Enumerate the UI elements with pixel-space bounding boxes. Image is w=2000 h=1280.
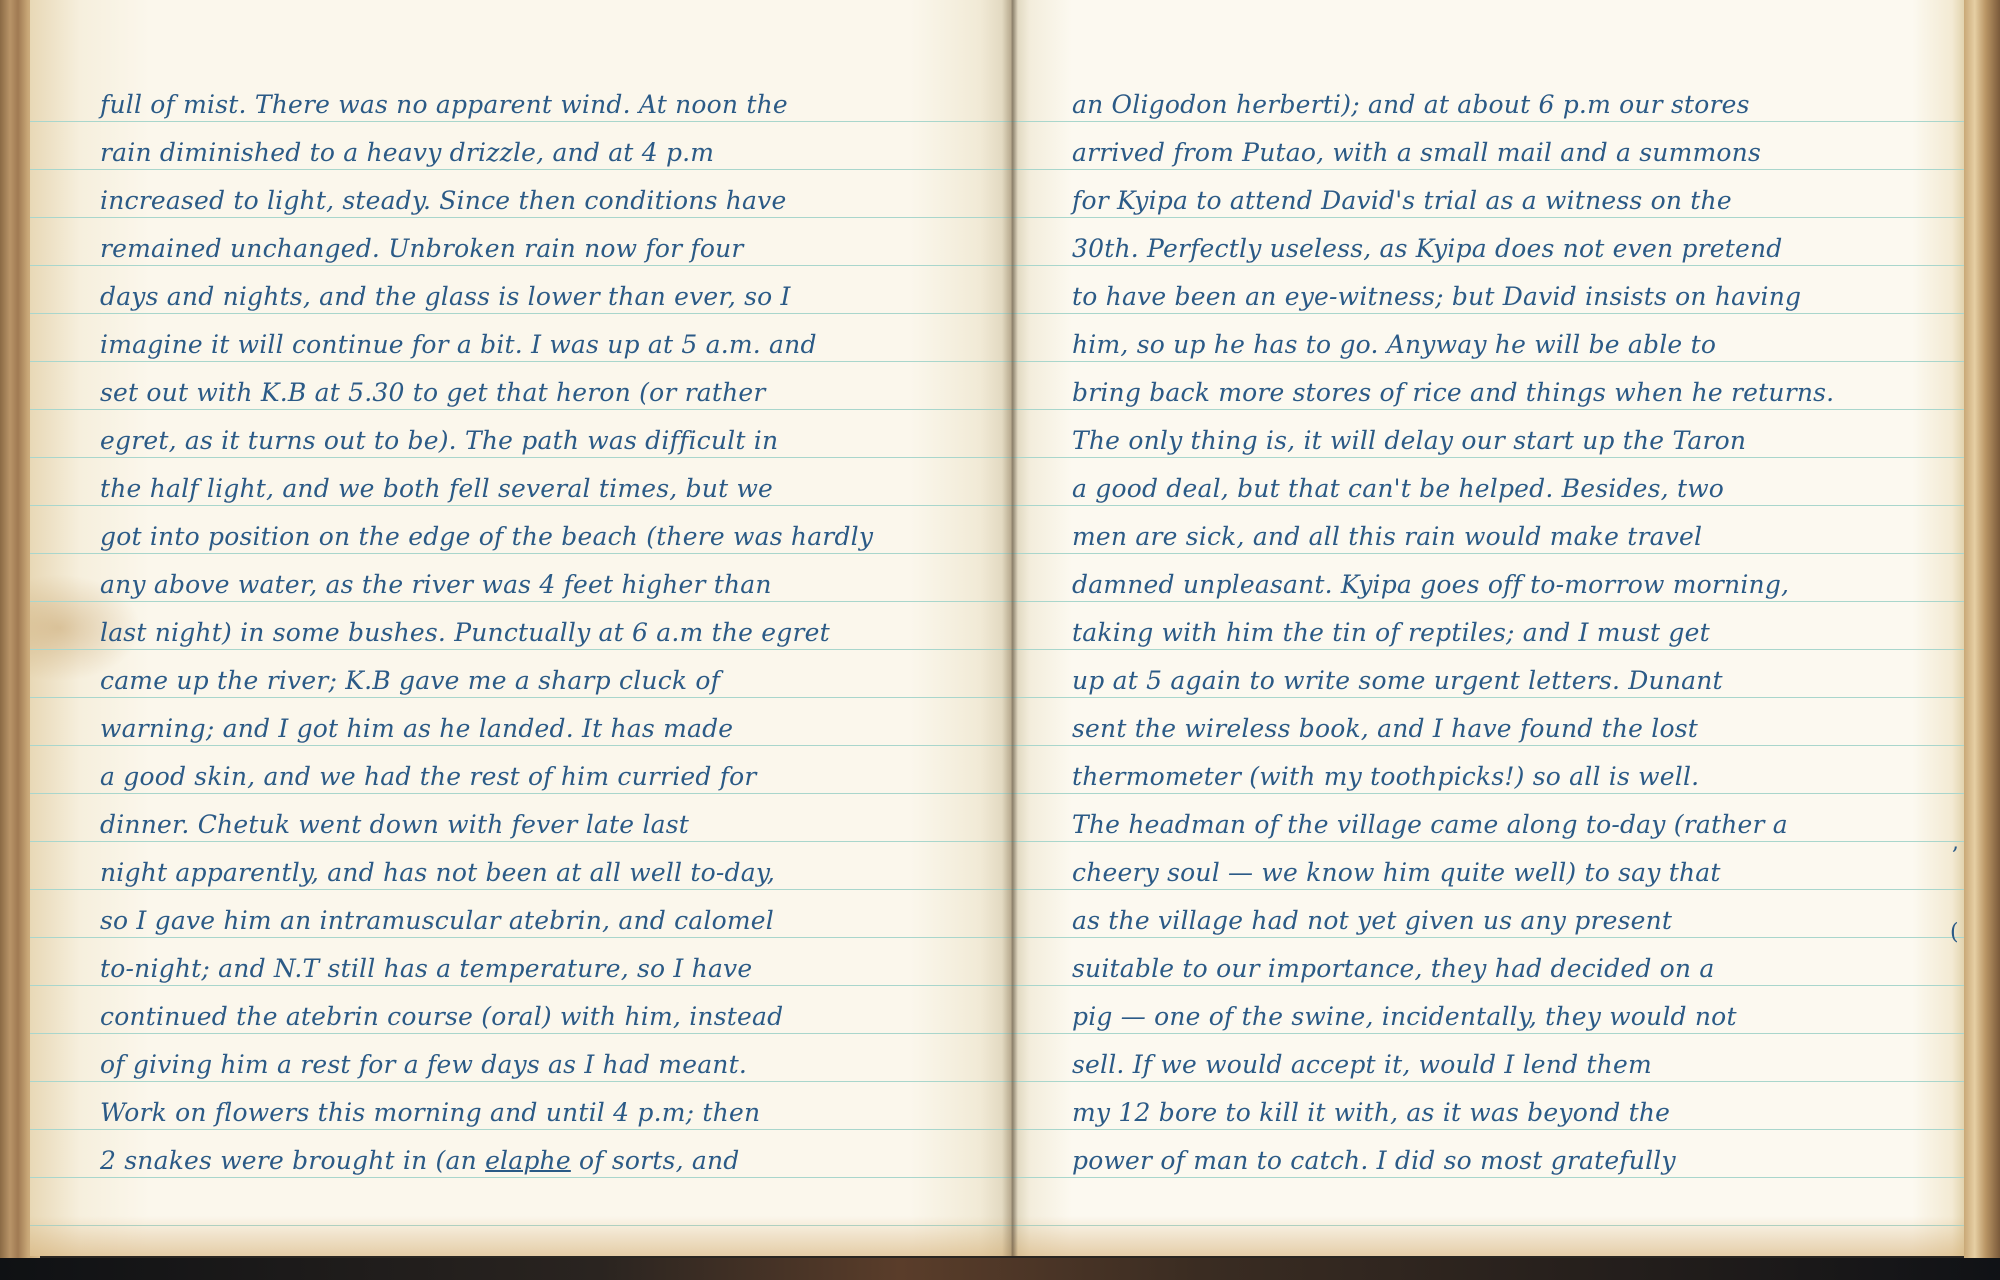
handwritten-line: so I gave him an intramuscular atebrin, … — [100, 897, 774, 945]
handwritten-line: a good deal, but that can't be helped. B… — [1072, 465, 1724, 513]
handwritten-line: to-night; and N.T still has a temperatur… — [100, 945, 752, 993]
handwritten-line: as the village had not yet given us any … — [1072, 897, 1672, 945]
handwritten-line: rain diminished to a heavy drizzle, and … — [100, 129, 714, 177]
handwritten-line: my 12 bore to kill it with, as it was be… — [1072, 1089, 1670, 1137]
right-page: an Oligodon herberti); and at about 6 p.… — [1012, 0, 1964, 1256]
water-stain-bottom — [1012, 1216, 1964, 1256]
margin-mark: , — [1952, 830, 1959, 855]
water-stain-bottom — [30, 1216, 1012, 1256]
line-tail: of sorts, and — [571, 1146, 740, 1175]
handwritten-line: remained unchanged. Unbroken rain now fo… — [100, 225, 744, 273]
handwritten-line: 2 snakes were brought in (an elaphe of s… — [100, 1137, 739, 1185]
handwritten-line: 30th. Perfectly useless, as Kyipa does n… — [1072, 225, 1783, 273]
handwritten-line: up at 5 again to write some urgent lette… — [1072, 657, 1723, 705]
handwritten-line: thermometer (with my toothpicks!) so all… — [1072, 753, 1699, 801]
handwritten-line: warning; and I got him as he landed. It … — [100, 705, 733, 753]
handwritten-line: the half light, and we both fell several… — [100, 465, 773, 513]
page-stack-edge-right — [1964, 0, 2000, 1262]
handwritten-line: cheery soul — we know him quite well) to… — [1072, 849, 1721, 897]
margin-mark: ( — [1950, 920, 1959, 945]
handwritten-line: sell. If we would accept it, would I len… — [1072, 1041, 1652, 1089]
handwritten-line: Work on flowers this morning and until 4… — [100, 1089, 760, 1137]
handwritten-line: set out with K.B at 5.30 to get that her… — [100, 369, 766, 417]
handwritten-line: last night) in some bushes. Punctually a… — [100, 609, 830, 657]
handwritten-line: continued the atebrin course (oral) with… — [100, 993, 783, 1041]
handwritten-line: a good skin, and we had the rest of him … — [100, 753, 757, 801]
handwritten-line: for Kyipa to attend David's trial as a w… — [1072, 177, 1732, 225]
handwritten-line: sent the wireless book, and I have found… — [1072, 705, 1698, 753]
binding-gutter — [1002, 0, 1018, 1256]
handwritten-line: to have been an eye-witness; but David i… — [1072, 273, 1801, 321]
handwritten-line: an Oligodon herberti); and at about 6 p.… — [1072, 81, 1750, 129]
handwritten-line: full of mist. There was no apparent wind… — [100, 81, 788, 129]
underlined-word: elaphe — [485, 1146, 571, 1175]
handwritten-line: pig — one of the swine, incidentally, th… — [1072, 993, 1737, 1041]
handwritten-line: came up the river; K.B gave me a sharp c… — [100, 657, 720, 705]
handwritten-line: taking with him the tin of reptiles; and… — [1072, 609, 1710, 657]
handwritten-line: egret, as it turns out to be). The path … — [100, 417, 778, 465]
handwritten-line: night apparently, and has not been at al… — [100, 849, 775, 897]
handwritten-line: increased to light, steady. Since then c… — [100, 177, 786, 225]
handwritten-line: any above water, as the river was 4 feet… — [100, 561, 772, 609]
handwritten-line: arrived from Putao, with a small mail an… — [1072, 129, 1761, 177]
handwritten-line: got into position on the edge of the bea… — [100, 513, 873, 561]
desk-surface — [0, 1258, 2000, 1280]
handwritten-line: days and nights, and the glass is lower … — [100, 273, 791, 321]
handwritten-line: The only thing is, it will delay our sta… — [1072, 417, 1746, 465]
notebook-spread: full of mist. There was no apparent wind… — [0, 0, 2000, 1262]
handwritten-line: dinner. Chetuk went down with fever late… — [100, 801, 689, 849]
handwritten-line: imagine it will continue for a bit. I wa… — [100, 321, 817, 369]
handwritten-line: damned unpleasant. Kyipa goes off to-mor… — [1072, 561, 1789, 609]
handwritten-line: The headman of the village came along to… — [1072, 801, 1788, 849]
handwritten-line: of giving him a rest for a few days as I… — [100, 1041, 747, 1089]
left-page: full of mist. There was no apparent wind… — [30, 0, 1012, 1256]
handwritten-line: him, so up he has to go. Anyway he will … — [1072, 321, 1716, 369]
handwritten-line: power of man to catch. I did so most gra… — [1072, 1137, 1676, 1185]
handwritten-line: bring back more stores of rice and thing… — [1072, 369, 1834, 417]
handwritten-line: suitable to our importance, they had dec… — [1072, 945, 1714, 993]
handwritten-line: men are sick, and all this rain would ma… — [1072, 513, 1702, 561]
